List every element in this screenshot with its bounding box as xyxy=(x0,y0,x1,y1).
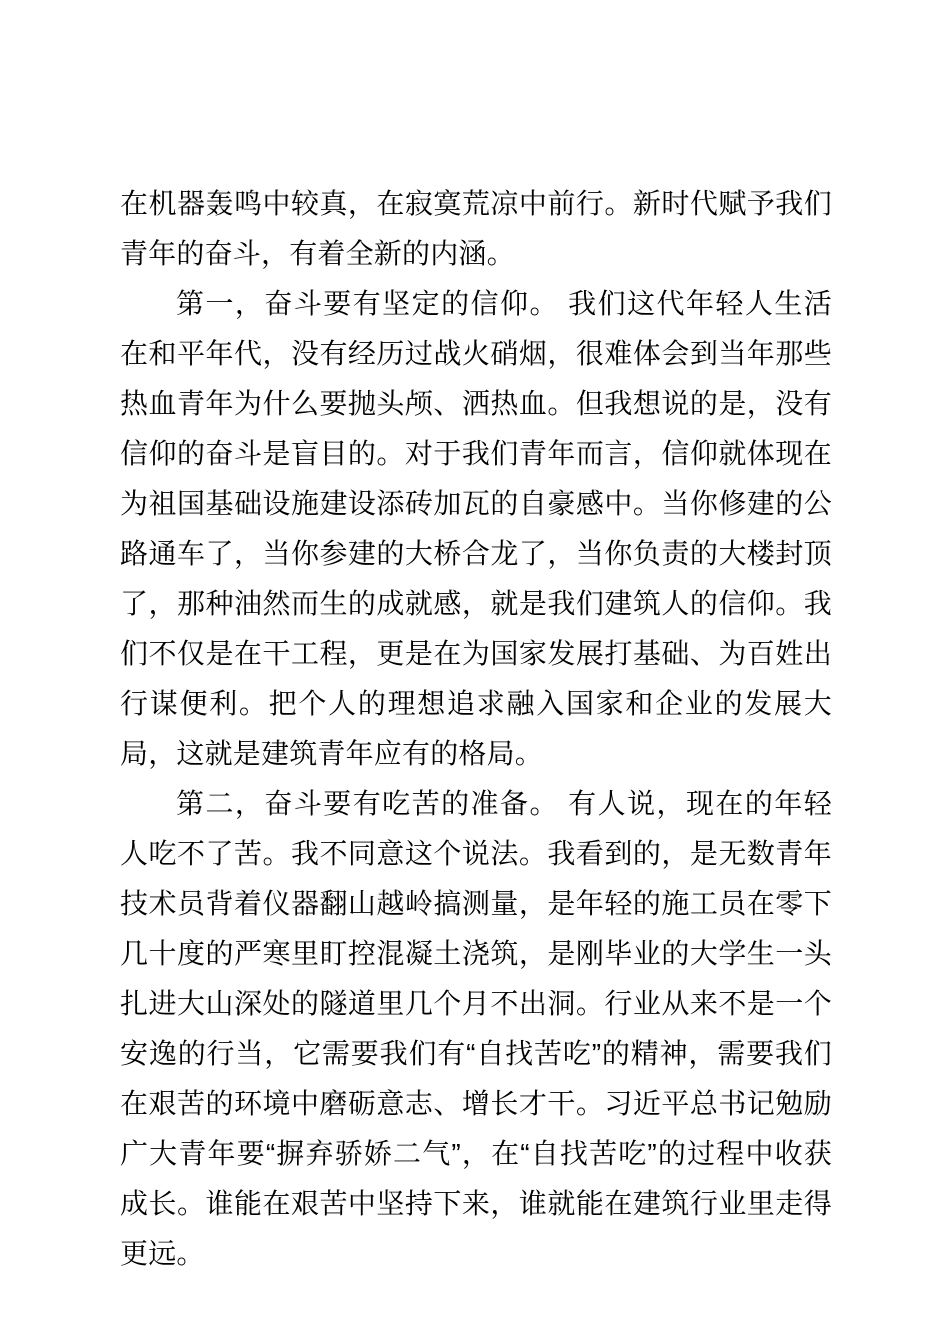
document-text-block: 在机器轰鸣中较真，在寂寞荒凉中前行。新时代赋予我们青年的奋斗，有着全新的内涵。 … xyxy=(120,179,832,1279)
paragraph-lead: 第二，奋斗要有吃苦的准备。 xyxy=(176,788,559,819)
paragraph-body: 我们这代年轻人生活在和平年代，没有经历过战火硝烟，很难体会到当年那些热血青年为什… xyxy=(120,288,832,769)
document-page: 在机器轰鸣中较真，在寂寞荒凉中前行。新时代赋予我们青年的奋斗，有着全新的内涵。 … xyxy=(0,0,950,1344)
paragraph-lead: 第一，奋斗要有坚定的信仰。 xyxy=(176,288,559,319)
paragraph: 第二，奋斗要有吃苦的准备。 有人说，现在的年轻人吃不了苦。我不同意这个说法。我看… xyxy=(120,779,832,1279)
paragraph: 第一，奋斗要有坚定的信仰。 我们这代年轻人生活在和平年代，没有经历过战火硝烟，很… xyxy=(120,279,832,779)
paragraph-body: 有人说，现在的年轻人吃不了苦。我不同意这个说法。我看到的，是无数青年技术员背着仪… xyxy=(120,788,832,1269)
paragraph: 在机器轰鸣中较真，在寂寞荒凉中前行。新时代赋予我们青年的奋斗，有着全新的内涵。 xyxy=(120,179,832,279)
paragraph-body: 在机器轰鸣中较真，在寂寞荒凉中前行。新时代赋予我们青年的奋斗，有着全新的内涵。 xyxy=(120,188,832,269)
